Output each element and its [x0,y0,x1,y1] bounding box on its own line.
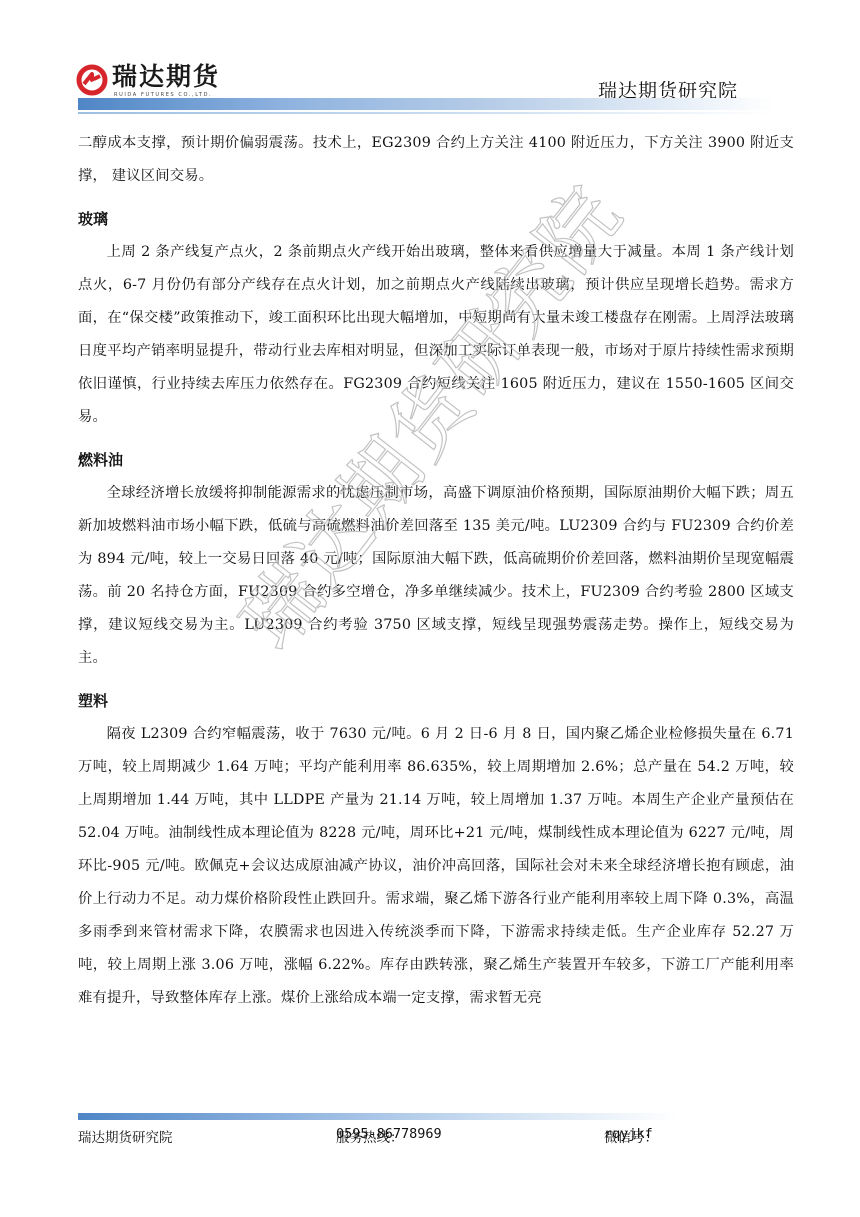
intro-paragraph: 二醇成本支撑，预计期价偏弱震荡。技术上，EG2309 合约上方关注 4100 附… [78,127,794,193]
page-header: 瑞达期货 RUIDA FUTURES CO.,LTD. 瑞达期货研究院 [0,0,860,125]
logo-chinese-name: 瑞达期货 [112,62,220,92]
section-glass: 玻璃 上周 2 条产线复产点火，2 条前期点火产线开始出玻璃，整体来看供应增量大… [78,203,794,434]
header-divider-line [78,112,774,114]
footer-hotline-value: 0595-86778969 [336,1126,442,1142]
footer-org: 瑞达期货研究院 [78,1126,173,1146]
header-divider-bar [78,98,774,110]
section-title-fuel-oil: 燃料油 [78,444,794,477]
section-plastic: 塑料 隔夜 L2309 合约窄幅震荡，收于 7630 元/吨。6 月 2 日-6… [78,685,794,1015]
footer-divider-bar [78,1113,678,1120]
section-title-glass: 玻璃 [78,203,794,236]
section-paragraph-plastic: 隔夜 L2309 合约窄幅震荡，收于 7630 元/吨。6 月 2 日-6 月 … [78,718,794,1015]
company-logo: 瑞达期货 RUIDA FUTURES CO.,LTD. [76,62,220,102]
section-paragraph-fuel-oil: 全球经济增长放缓将抑制能源需求的忧虑压制市场，高盛下调原油价格预期，国际原油期价… [78,477,794,675]
section-paragraph-glass: 上周 2 条产线复产点火，2 条前期点火产线开始出玻璃，整体来看供应增量大于减量… [78,236,794,434]
footer-wechat-value: rqyjkf [604,1126,653,1142]
page-footer: 瑞达期货研究院 服务热线：0595-86778969 微信号：rqyjkf [78,1126,778,1146]
section-fuel-oil: 燃料油 全球经济增长放缓将抑制能源需求的忧虑压制市场，高盛下调原油价格预期，国际… [78,444,794,675]
ruida-logo-icon [76,64,108,96]
document-body: 二醇成本支撑，预计期价偏弱震荡。技术上，EG2309 合约上方关注 4100 附… [78,127,794,1015]
section-title-plastic: 塑料 [78,685,794,718]
